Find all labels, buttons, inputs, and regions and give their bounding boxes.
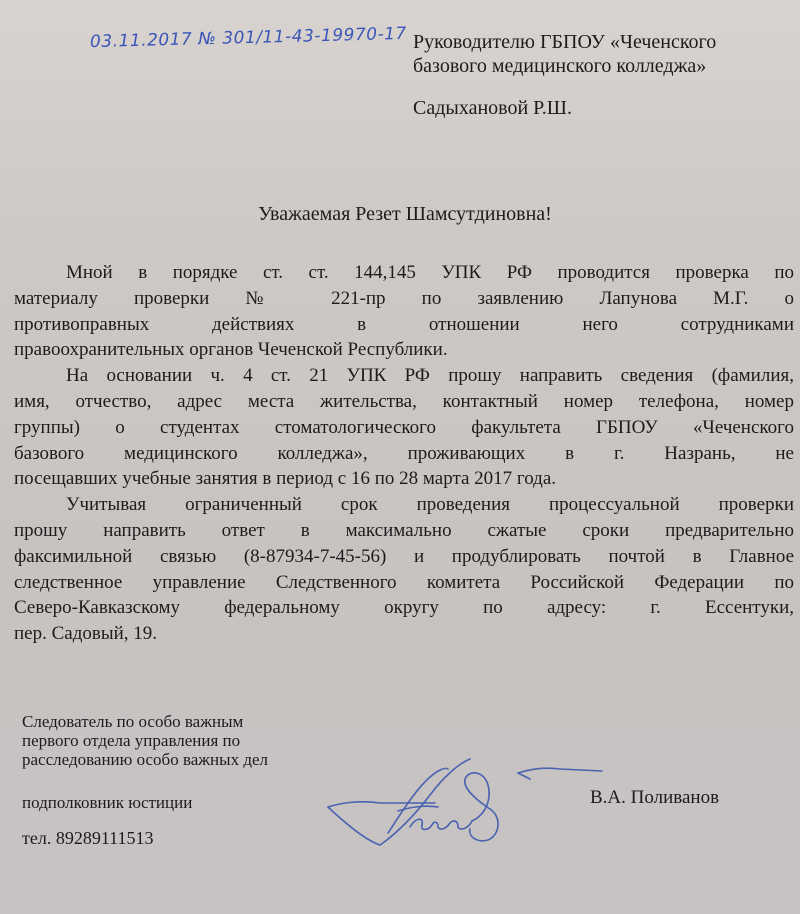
paragraph-line: Учитывая ограниченный срок проведения пр…: [14, 492, 794, 518]
addressee-line-2: базового медицинского колледжа»: [413, 54, 716, 78]
paragraph-line: факсимильной связью (8-87934-7-45-56) и …: [14, 544, 794, 570]
paragraph-2: На основании ч. 4 ст. 21 УПК РФ прошу на…: [14, 363, 794, 492]
paragraph-line: Мной в порядке ст. ст. 144,145 УПК РФ пр…: [14, 260, 794, 286]
greeting: Уважаемая Резет Шамсутдиновна!: [0, 203, 800, 226]
letter-page: 03.11.2017 № 301/11-43-19970-17 Руководи…: [0, 0, 800, 914]
paragraph-line: группы) о студентах стоматологического ф…: [14, 415, 794, 441]
paragraph-line: материалу проверки № 221-пр по заявлению…: [14, 286, 794, 312]
position-line: первого отдела управления по: [22, 731, 268, 750]
letter-body: Мной в порядке ст. ст. 144,145 УПК РФ пр…: [14, 260, 794, 647]
position-line: Следователь по особо важным: [22, 712, 268, 731]
addressee-line-1: Руководителю ГБПОУ «Чеченского: [413, 30, 716, 54]
signer-name: В.А. Поливанов: [590, 787, 719, 809]
investigator-phone: тел. 89289111513: [22, 828, 154, 849]
paragraph-line: следственное управление Следственного ко…: [14, 570, 794, 596]
paragraph-3: Учитывая ограниченный срок проведения пр…: [14, 492, 794, 647]
paragraph-line: правоохранительных органов Чеченской Рес…: [14, 337, 794, 363]
paragraph-line: базового медицинского колледжа», прожива…: [14, 441, 794, 467]
investigator-position: Следователь по особо важным первого отде…: [22, 712, 268, 769]
paragraph-line: На основании ч. 4 ст. 21 УПК РФ прошу на…: [14, 363, 794, 389]
paragraph-line: пер. Садовый, 19.: [14, 621, 794, 647]
handwritten-signature-icon: [320, 745, 620, 855]
paragraph-line: Северо-Кавказскому федеральному округу п…: [14, 595, 794, 621]
paragraph-line: имя, отчество, адрес места жительства, к…: [14, 389, 794, 415]
addressee-name: Садыхановой Р.Ш.: [413, 96, 716, 120]
addressee-block: Руководителю ГБПОУ «Чеченского базового …: [413, 30, 716, 120]
paragraph-line: противоправных действиях в отношении нег…: [14, 312, 794, 338]
handwritten-registration-note: 03.11.2017 № 301/11-43-19970-17: [90, 24, 407, 52]
investigator-rank: подполковник юстиции: [22, 793, 192, 813]
paragraph-1: Мной в порядке ст. ст. 144,145 УПК РФ пр…: [14, 260, 794, 363]
position-line: расследованию особо важных дел: [22, 750, 268, 769]
paragraph-line: прошу направить ответ в максимально сжат…: [14, 518, 794, 544]
paragraph-line: посещавших учебные занятия в период с 16…: [14, 466, 794, 492]
